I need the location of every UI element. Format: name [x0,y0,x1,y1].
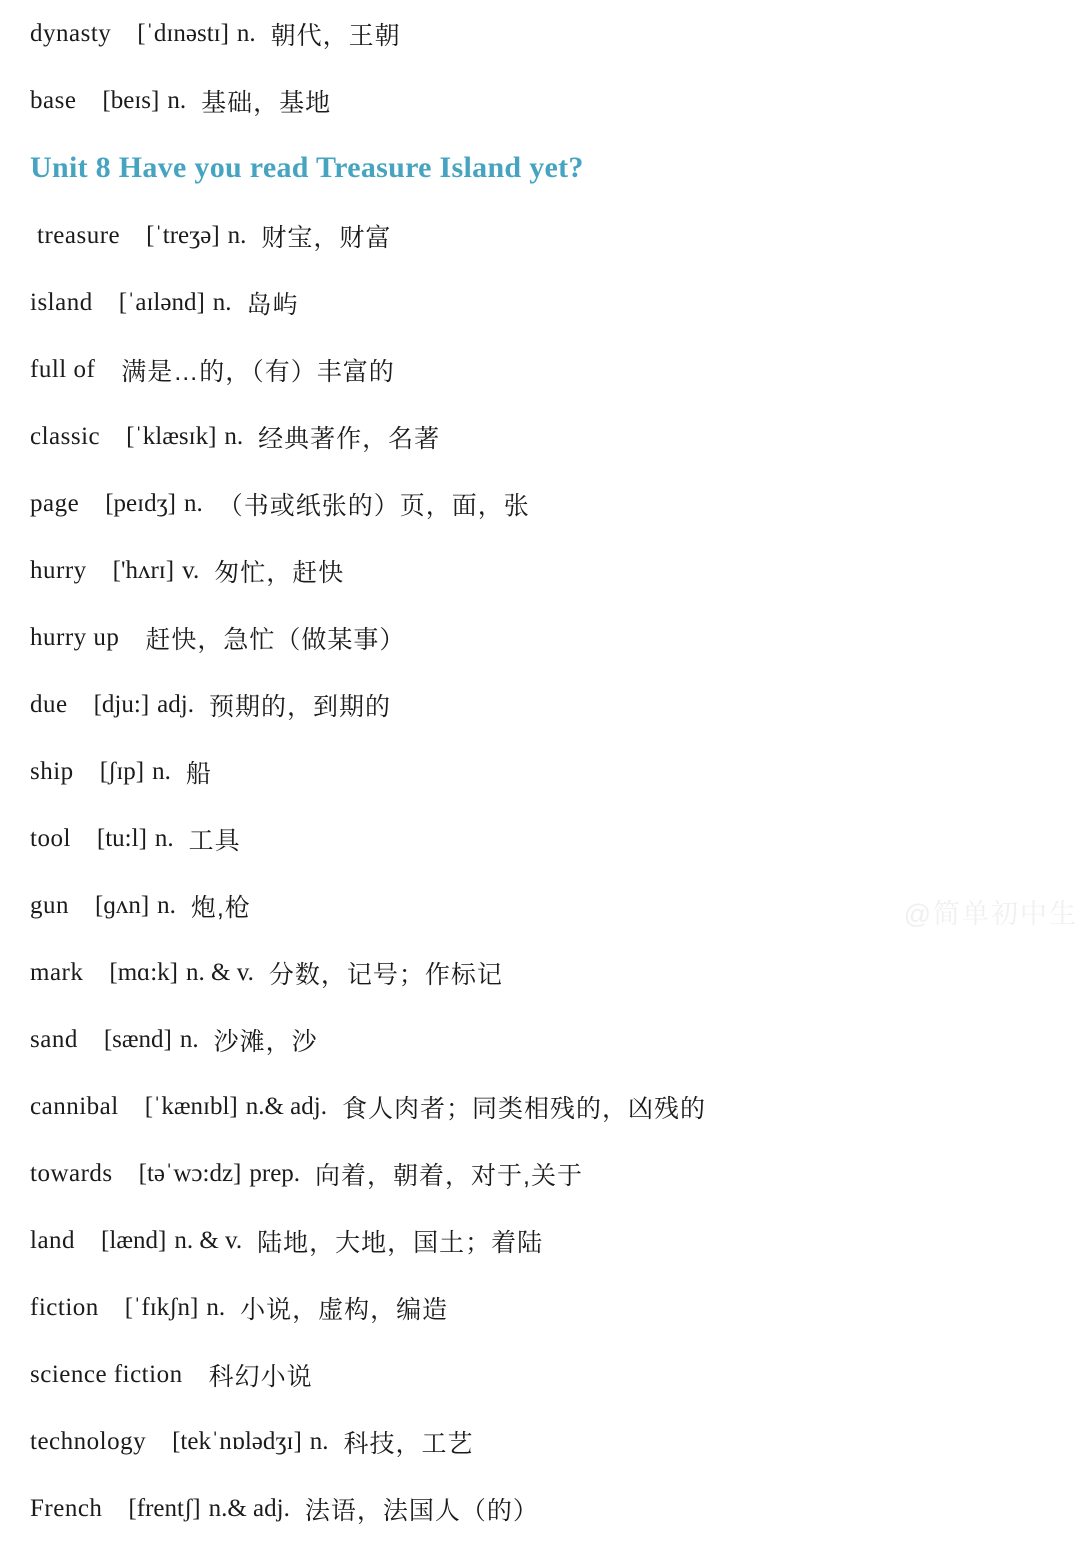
entry-word: technology [30,1428,146,1456]
pre-heading-entries: dynasty [ˈdɪnəstɪ] n. 朝代，王朝 base [beɪs] … [30,0,1080,134]
entry-pos: prep. [249,1160,300,1188]
entry-word: French [30,1495,102,1523]
entry-pos: n. [152,758,171,786]
entry-meaning: 法语，法国人（的） [305,1491,539,1527]
entry-phonetic: [ˈdɪnəstɪ] [137,20,229,48]
vocab-entry: ship [ʃɪp] n. 船 [30,738,1080,805]
entry-word: classic [30,423,100,451]
vocab-entry: hurry up 赶快，急忙（做某事） [30,604,1080,671]
entry-pos: n. [184,490,203,518]
entry-meaning: 小说，虚构，编造 [240,1290,448,1326]
entry-pos: n. [157,892,176,920]
entry-phonetic: ['hʌrɪ] [113,557,174,585]
entry-meaning: 预期的，到期的 [209,687,391,723]
entry-pos: n. [237,20,256,48]
entry-pos: n. [228,222,247,250]
entry-meaning: 向着，朝着，对于,关于 [315,1156,583,1192]
entry-pos: adj. [157,691,194,719]
vocab-entry: land [lænd] n. & v. 陆地，大地，国土；着陆 [30,1207,1080,1274]
vocab-entry: tool [tu:l] n. 工具 [30,805,1080,872]
entry-meaning: 经典著作，名著 [258,419,440,455]
vocab-entry: cannibal [ˈkænɪbl] n.& adj. 食人肉者；同类相残的，凶… [30,1073,1080,1140]
entry-meaning: 岛屿 [247,285,299,321]
unit-entries: treasure [ˈtreʒə] n. 财宝，财富 island [ˈaɪlə… [30,202,1080,1542]
vocab-entry: full of 满是…的，（有）丰富的 [30,336,1080,403]
entry-meaning: 满是…的，（有）丰富的 [121,352,395,388]
entry-word: cannibal [30,1093,119,1121]
entry-word: treasure [37,222,120,250]
entry-pos: n. [310,1428,329,1456]
entry-pos: n. [167,87,186,115]
entry-phonetic: [beɪs] [102,87,159,115]
vocab-entry: base [beɪs] n. 基础，基地 [30,67,1080,134]
vocab-entry: technology [tekˈnɒlədʒɪ] n. 科技，工艺 [30,1408,1080,1475]
entry-pos: n. [213,289,232,317]
entry-meaning: （书或纸张的）页，面，张 [218,486,530,522]
entry-phonetic: [tekˈnɒlədʒɪ] [172,1428,302,1456]
vocab-entry: fiction [ˈfɪkʃn] n. 小说，虚构，编造 [30,1274,1080,1341]
entry-pos: n. [224,423,243,451]
entry-phonetic: [lænd] [101,1227,166,1255]
entry-word: page [30,490,79,518]
entry-pos: v. [182,557,199,585]
entry-phonetic: [ˈkænɪbl] [145,1093,238,1121]
entry-meaning: 赶快，急忙（做某事） [145,620,405,656]
vocab-entry: sand [sænd] n. 沙滩，沙 [30,1006,1080,1073]
entry-meaning: 匆忙，赶快 [214,553,344,589]
entry-meaning: 科幻小说 [209,1357,313,1393]
entry-word: fiction [30,1294,99,1322]
entry-meaning: 分数，记号；作标记 [269,955,503,991]
entry-phonetic: [təˈwɔ:dz] [139,1160,242,1188]
vocab-entry: hurry ['hʌrɪ] v. 匆忙，赶快 [30,537,1080,604]
entry-pos: n. [206,1294,225,1322]
entry-phonetic: [ˈfɪkʃn] [125,1294,199,1322]
vocab-entry: dynasty [ˈdɪnəstɪ] n. 朝代，王朝 [30,0,1080,67]
unit-heading: Unit 8 Have you read Treasure Island yet… [30,134,1080,202]
entry-word: tool [30,825,71,853]
vocab-entry: treasure [ˈtreʒə] n. 财宝，财富 [30,202,1080,269]
entry-meaning: 工具 [189,821,241,857]
entry-phonetic: [ɡʌn] [95,892,149,920]
entry-word: base [30,87,76,115]
vocab-entry: classic [ˈklæsɪk] n. 经典著作，名著 [30,403,1080,470]
vocab-entry: towards [təˈwɔ:dz] prep. 向着，朝着，对于,关于 [30,1140,1080,1207]
entry-word: ship [30,758,74,786]
entry-pos: n. [180,1026,199,1054]
entry-meaning: 炮,枪 [191,888,251,924]
entry-meaning: 食人肉者；同类相残的，凶残的 [342,1089,706,1125]
vocab-entry: due [dju:] adj. 预期的，到期的 [30,671,1080,738]
vocab-entry: French [frentʃ] n.& adj. 法语，法国人（的） [30,1475,1080,1542]
entry-word: gun [30,892,69,920]
entry-phonetic: [tu:l] [97,825,147,853]
entry-phonetic: [ˈklæsɪk] [126,423,216,451]
entry-phonetic: [peɪdʒ] [105,490,176,518]
entry-word: due [30,691,68,719]
entry-phonetic: [frentʃ] [128,1495,200,1523]
entry-meaning: 朝代，王朝 [271,16,401,52]
vocab-entry: science fiction 科幻小说 [30,1341,1080,1408]
entry-phonetic: [ˈaɪlənd] [119,289,205,317]
entry-meaning: 陆地，大地，国土；着陆 [257,1223,543,1259]
entry-phonetic: [mɑ:k] [109,959,178,987]
entry-meaning: 基础，基地 [201,83,331,119]
vocab-entry: mark [mɑ:k] n. & v. 分数，记号；作标记 [30,939,1080,1006]
entry-word: land [30,1227,75,1255]
entry-pos: n. & v. [174,1227,242,1255]
entry-pos: n.& adj. [209,1495,290,1523]
vocab-entry: page [peɪdʒ] n. （书或纸张的）页，面，张 [30,470,1080,537]
entry-phonetic: [ˈtreʒə] [146,222,220,250]
entry-meaning: 沙滩，沙 [214,1022,318,1058]
entry-pos: n. & v. [186,959,254,987]
entry-word: full of [30,356,95,384]
entry-meaning: 财宝，财富 [261,218,391,254]
entry-phonetic: [dju:] [94,691,150,719]
entry-word: sand [30,1026,78,1054]
entry-phonetic: [ʃɪp] [100,758,144,786]
vocab-entry: gun [ɡʌn] n. 炮,枪 [30,872,1080,939]
entry-word: hurry [30,557,87,585]
entry-meaning: 科技，工艺 [344,1424,474,1460]
entry-phonetic: [sænd] [104,1026,172,1054]
entry-word: towards [30,1160,113,1188]
entry-word: island [30,289,93,317]
entry-word: mark [30,959,83,987]
entry-pos: n.& adj. [246,1093,327,1121]
entry-word: dynasty [30,20,111,48]
vocab-page: dynasty [ˈdɪnəstɪ] n. 朝代，王朝 base [beɪs] … [0,0,1080,1542]
entry-meaning: 船 [186,754,212,790]
entry-word: science fiction [30,1361,183,1389]
entry-pos: n. [155,825,174,853]
vocab-entry: island [ˈaɪlənd] n. 岛屿 [30,269,1080,336]
entry-word: hurry up [30,624,119,652]
